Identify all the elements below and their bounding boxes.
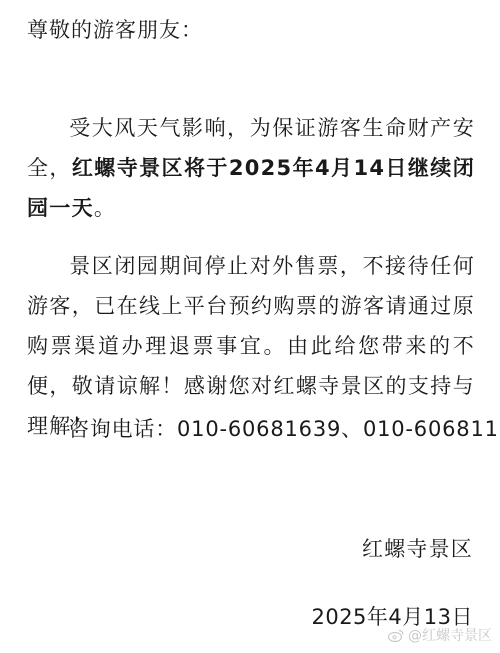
watermark-text: @红螺寺景区 [408, 628, 492, 644]
signature: 红螺寺景区 [362, 533, 473, 563]
paragraph1-end: 。 [94, 196, 116, 220]
watermark: @红螺寺景区 [388, 625, 492, 645]
weibo-icon [388, 628, 408, 644]
greeting: 尊敬的游客朋友： [27, 14, 203, 44]
paragraph2-text: 景区闭园期间停止对外售票，不接待任何游客，已在线上平台预约购票的游客请通过原购票… [27, 254, 475, 438]
contact-phone: 咨询电话：010-60681639、010-60681175 [68, 413, 500, 443]
paragraph-closure-announcement: 受大风天气影响，为保证游客生命财产安全，红螺寺景区将于2025年4月14日继续闭… [27, 108, 475, 228]
